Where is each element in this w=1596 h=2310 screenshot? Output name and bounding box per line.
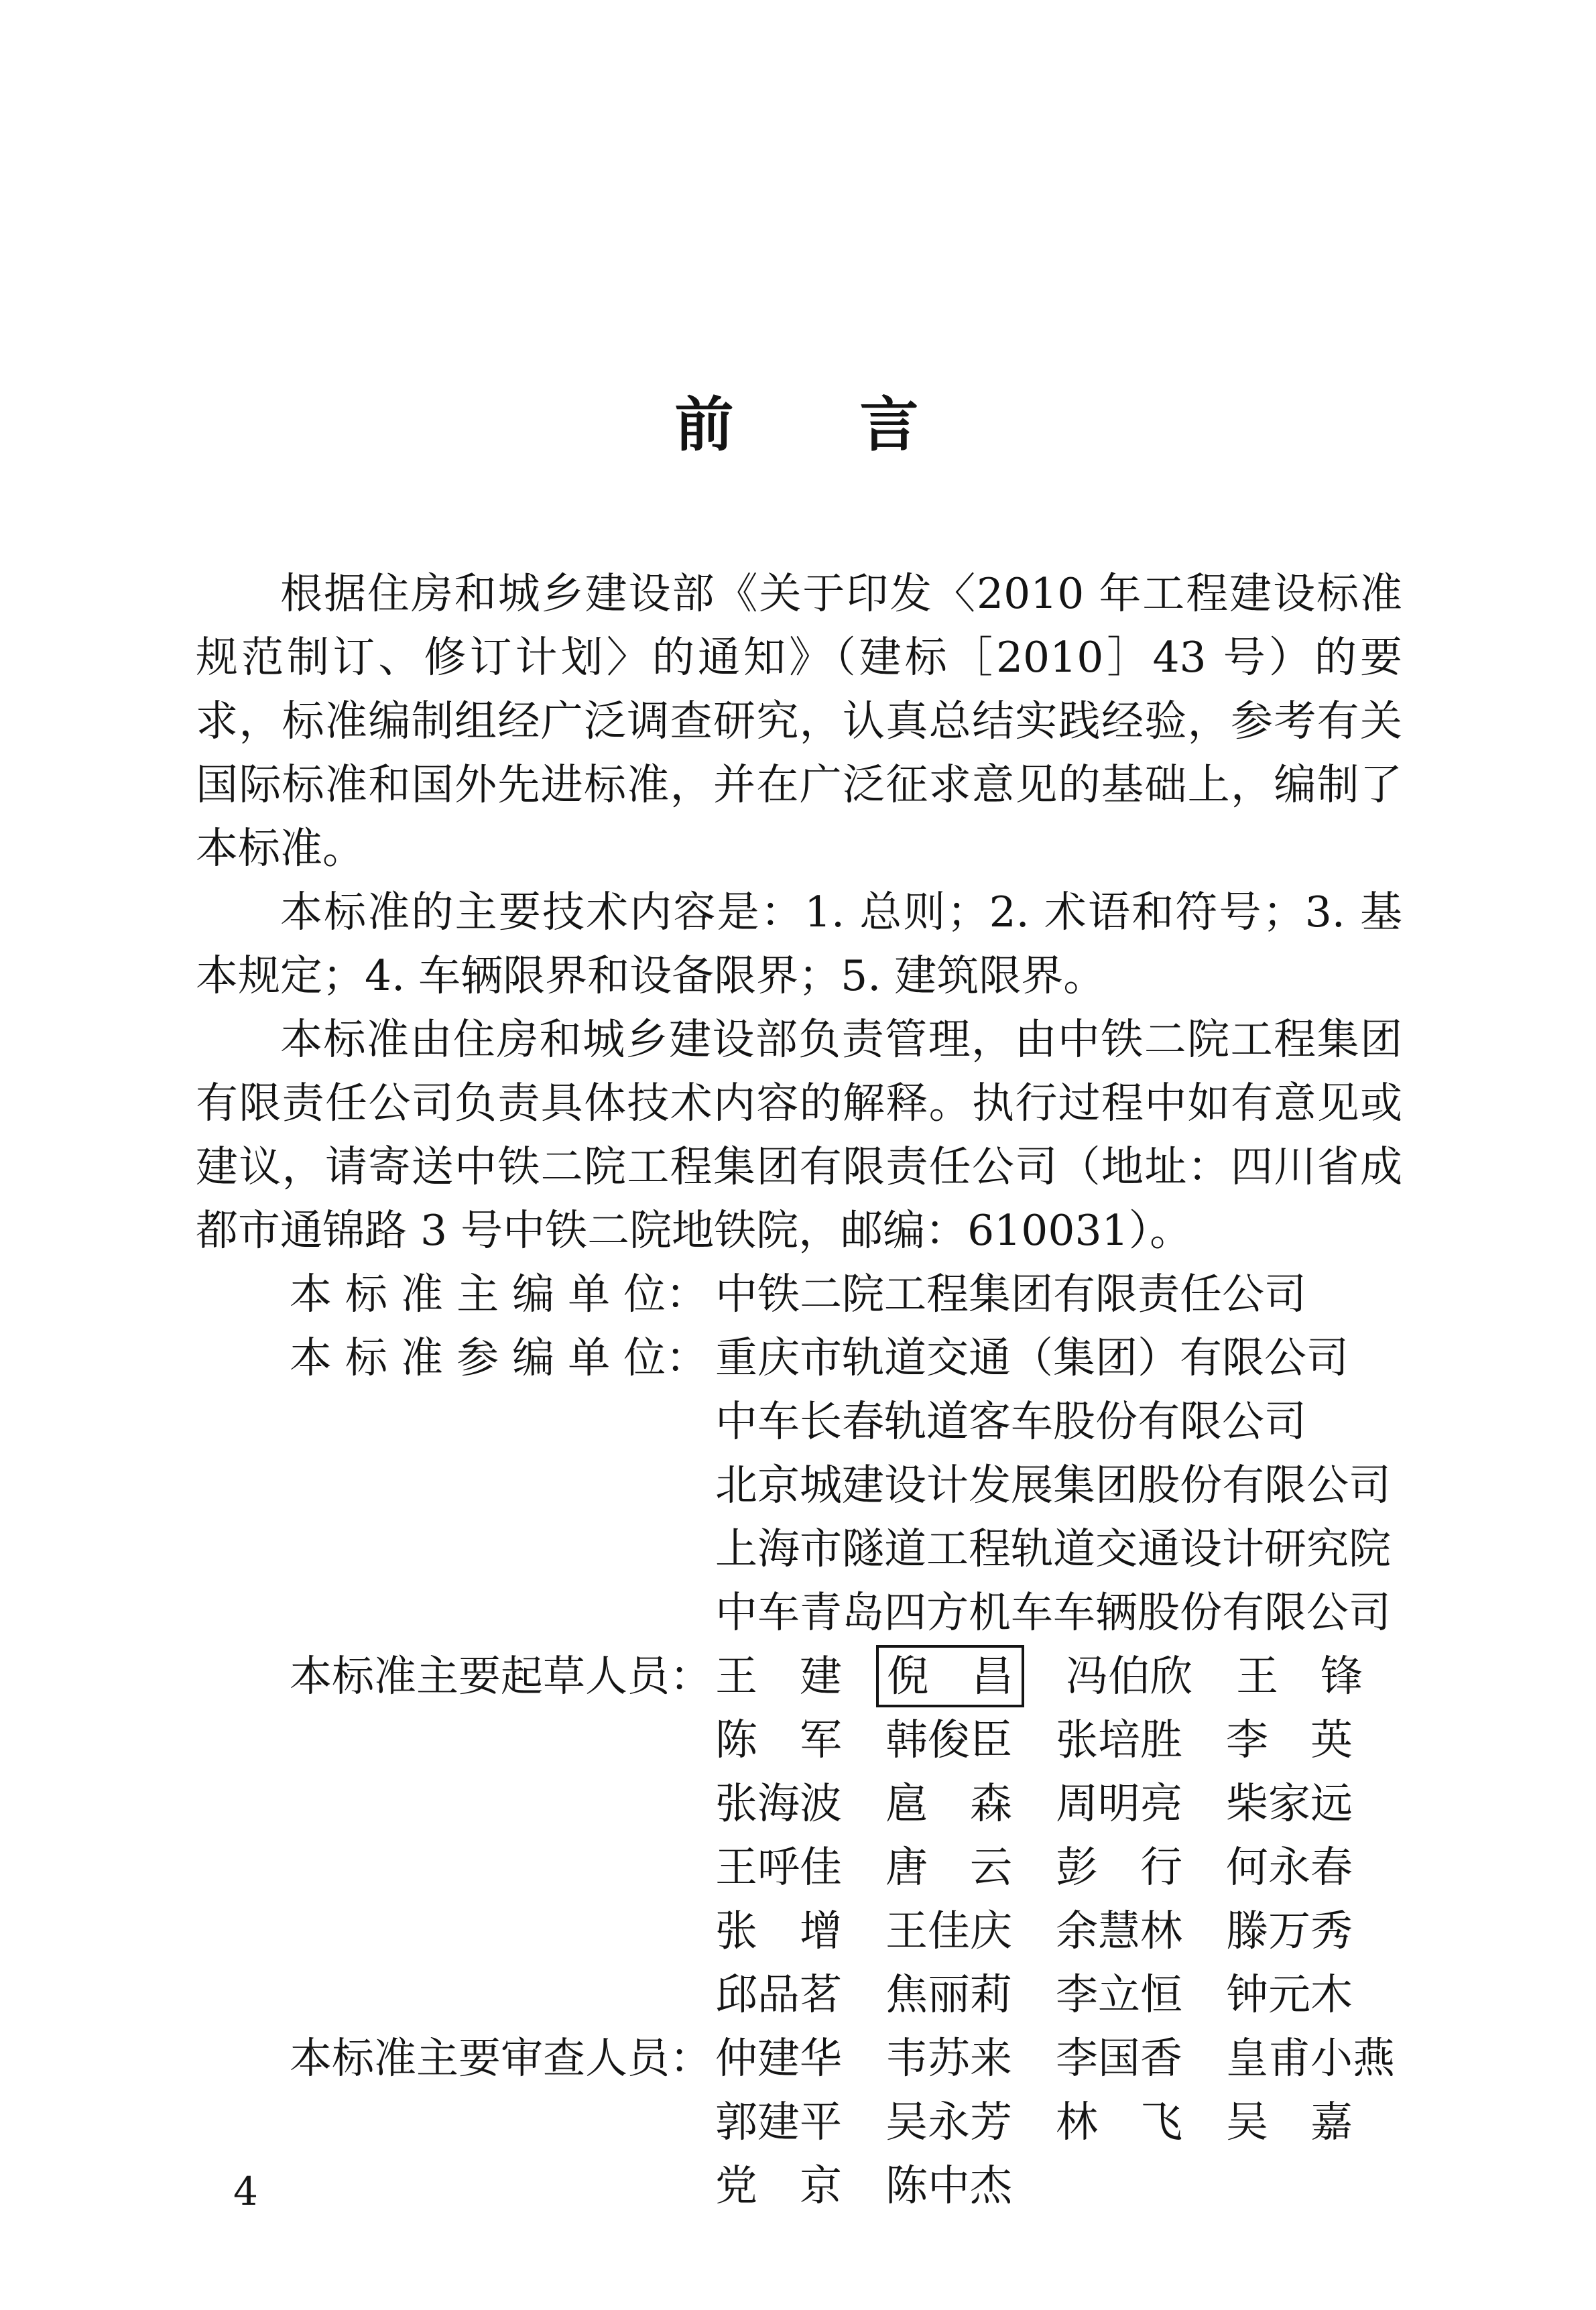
reviewer-name: 吴 嘉	[1226, 2090, 1355, 2154]
document-page: 前 言 根据住房和城乡建设部《关于印发〈2010 年工程建设标准规范制订、修订计…	[0, 0, 1596, 2310]
unit-label: 本 标 准 主 编 单 位：	[196, 1262, 715, 1326]
drafter-name: 王 锋	[1236, 1644, 1365, 1708]
drafter-name: 焦丽莉	[885, 1963, 1014, 2026]
drafter-name: 李 英	[1226, 1708, 1355, 1772]
reviewer-name: 韦苏来	[885, 2026, 1014, 2090]
drafter-name: 李立恒	[1056, 1963, 1184, 2026]
page-title: 前 言	[0, 387, 1596, 461]
unit-label: 本 标 准 参 编 单 位：	[196, 1326, 715, 1390]
drafter-name: 冯伯欣	[1066, 1644, 1194, 1708]
drafter-name: 韩俊臣	[885, 1708, 1014, 1772]
paragraph-basis: 根据住房和城乡建设部《关于印发〈2010 年工程建设标准规范制订、修订计划〉的通…	[196, 562, 1402, 880]
drafter-name: 唐 云	[885, 1835, 1014, 1899]
drafter-name: 倪 昌	[885, 1644, 1024, 1708]
person-role-label: 本标准主要起草人员：	[196, 1644, 715, 1708]
drafter-name: 张海波	[715, 1772, 844, 1835]
drafter-name: 钟元木	[1226, 1963, 1355, 2026]
drafters-section: 本标准主要起草人员：王 建倪 昌冯伯欣王 锋陈 军韩俊臣张培胜李 英张海波扈 森…	[196, 1644, 1402, 2026]
drafter-name: 余慧林	[1056, 1899, 1184, 1963]
reviewer-name: 陈中杰	[885, 2154, 1014, 2217]
unit-value: 中铁二院工程集团有限责任公司	[715, 1270, 1306, 1319]
unit-row: 中车长春轨道客车股份有限公司	[196, 1390, 1402, 1453]
drafter-name: 王呼佳	[715, 1835, 844, 1899]
reviewer-name: 皇甫小燕	[1226, 2026, 1395, 2090]
drafter-name: 邱品茗	[715, 1963, 844, 2026]
drafter-name: 滕万秀	[1226, 1899, 1355, 1963]
unit-value: 中车长春轨道客车股份有限公司	[715, 1397, 1306, 1446]
reviewer-name: 郭建平	[715, 2090, 844, 2154]
drafter-name: 扈 森	[885, 1772, 1014, 1835]
name-row: 邱品茗焦丽莉李立恒钟元木	[196, 1963, 1402, 2026]
unit-value: 中车青岛四方机车车辆股份有限公司	[715, 1588, 1391, 1637]
unit-list: 本 标 准 主 编 单 位：中铁二院工程集团有限责任公司本 标 准 参 编 单 …	[196, 1262, 1402, 1644]
unit-value: 北京城建设计发展集团股份有限公司	[715, 1461, 1391, 1510]
name-row: 本标准主要审查人员：仲建华韦苏来李国香皇甫小燕	[196, 2026, 1402, 2090]
preface-content: 根据住房和城乡建设部《关于印发〈2010 年工程建设标准规范制订、修订计划〉的通…	[196, 562, 1402, 2217]
drafter-name: 王佳庆	[885, 1899, 1014, 1963]
name-row: 郭建平吴永芳林 飞吴 嘉	[196, 2090, 1402, 2154]
drafter-name: 柴家远	[1226, 1772, 1355, 1835]
drafter-name: 周明亮	[1056, 1772, 1184, 1835]
name-row: 本标准主要起草人员：王 建倪 昌冯伯欣王 锋	[196, 1644, 1402, 1708]
name-row: 陈 军韩俊臣张培胜李 英	[196, 1708, 1402, 1772]
drafter-name: 王 建	[715, 1644, 844, 1708]
unit-row: 本 标 准 参 编 单 位：重庆市轨道交通（集团）有限公司	[196, 1326, 1402, 1390]
reviewer-name: 林 飞	[1056, 2090, 1184, 2154]
name-row: 党 京陈中杰	[196, 2154, 1402, 2217]
name-row: 王呼佳唐 云彭 行何永春	[196, 1835, 1402, 1899]
drafter-name: 张 增	[715, 1899, 844, 1963]
paragraph-contents: 本标准的主要技术内容是：1. 总则；2. 术语和符号；3. 基本规定；4. 车辆…	[196, 880, 1402, 1008]
drafter-name: 何永春	[1226, 1835, 1355, 1899]
reviewer-name: 仲建华	[715, 2026, 844, 2090]
unit-row: 上海市隧道工程轨道交通设计研究院	[196, 1517, 1402, 1581]
name-row: 张 增王佳庆余慧林滕万秀	[196, 1899, 1402, 1963]
unit-value: 上海市隧道工程轨道交通设计研究院	[715, 1524, 1391, 1573]
reviewer-name: 李国香	[1056, 2026, 1184, 2090]
paragraph-management: 本标准由住房和城乡建设部负责管理，由中铁二院工程集团有限责任公司负责具体技术内容…	[196, 1008, 1402, 1262]
unit-row: 中车青岛四方机车车辆股份有限公司	[196, 1581, 1402, 1644]
deceased-name-box: 倪 昌	[876, 1645, 1024, 1707]
drafter-name: 陈 军	[715, 1708, 844, 1772]
unit-row: 北京城建设计发展集团股份有限公司	[196, 1453, 1402, 1517]
page-number: 4	[233, 2160, 258, 2224]
reviewers-section: 本标准主要审查人员：仲建华韦苏来李国香皇甫小燕郭建平吴永芳林 飞吴 嘉党 京陈中…	[196, 2026, 1402, 2217]
unit-row: 本 标 准 主 编 单 位：中铁二院工程集团有限责任公司	[196, 1262, 1402, 1326]
reviewer-name: 吴永芳	[885, 2090, 1014, 2154]
drafter-name: 张培胜	[1056, 1708, 1184, 1772]
unit-value: 重庆市轨道交通（集团）有限公司	[715, 1333, 1349, 1382]
drafter-name: 彭 行	[1056, 1835, 1184, 1899]
person-role-label: 本标准主要审查人员：	[196, 2026, 715, 2090]
reviewer-name: 党 京	[715, 2154, 844, 2217]
name-row: 张海波扈 森周明亮柴家远	[196, 1772, 1402, 1835]
